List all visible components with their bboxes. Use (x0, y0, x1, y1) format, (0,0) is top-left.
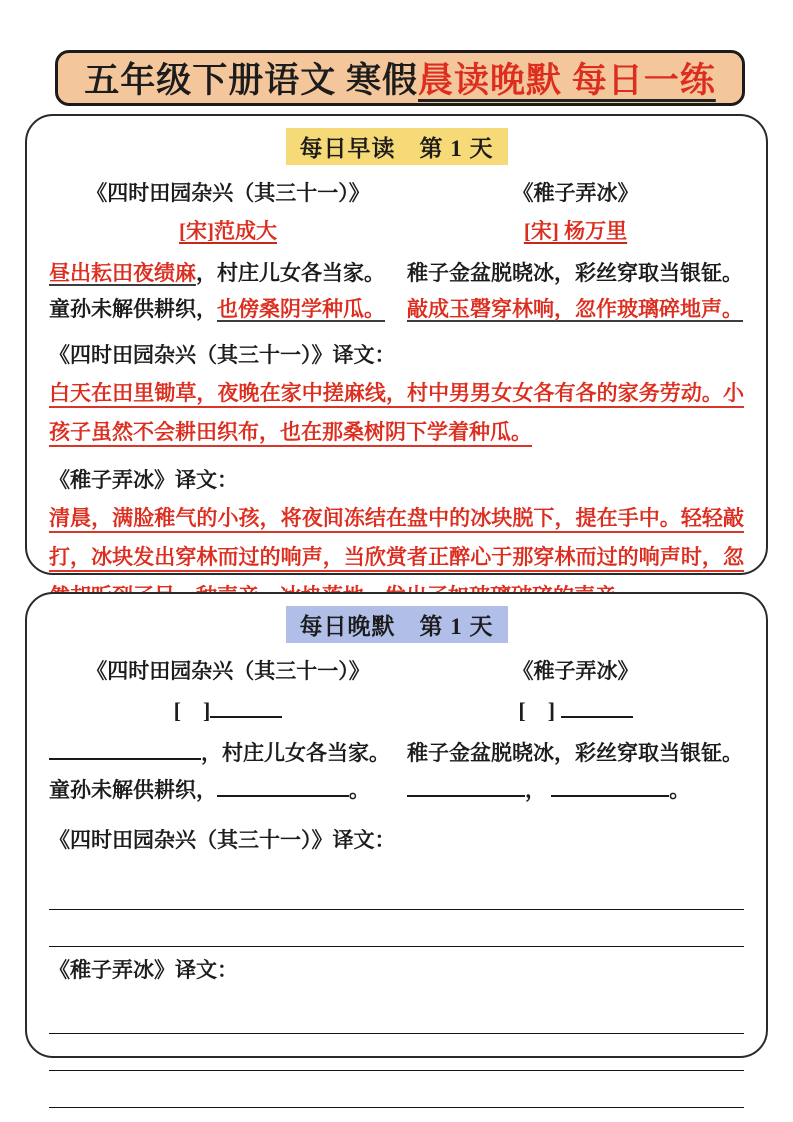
poem2-author-blank: [ ] (407, 693, 744, 725)
answer-blank (49, 736, 201, 760)
answer-blank (210, 693, 282, 718)
title-black-segment: 五年级下册语文 寒假 (84, 53, 418, 103)
translation2-label: 《稚子弄冰》译文： (49, 465, 744, 495)
answer-blank (217, 773, 349, 797)
evening-header-label: 每日晚默 第 1 天 (286, 606, 508, 643)
fill-poem1-line1: ，村庄儿女各当家。 (49, 735, 407, 772)
answer-blank (407, 773, 525, 797)
poem1-author: [宋]范成大 (179, 219, 277, 243)
evening-poem1-title: 《四时田园杂兴（其三十一）》 (49, 655, 407, 685)
poem1-author-blank: [ ] (49, 693, 407, 725)
writing-line (49, 873, 744, 910)
poem2-author: [宋] 杨万里 (524, 219, 627, 243)
evening-dictation-card: 每日晚默 第 1 天 《四时田园杂兴（其三十一）》 《稚子弄冰》 [ ] [ ]… (25, 592, 768, 1058)
evening-poem2-title: 《稚子弄冰》 (407, 655, 744, 685)
translation1-label: 《四时田园杂兴（其三十一）》译文： (49, 340, 744, 370)
answer-blank (551, 773, 669, 797)
answer-blank (561, 693, 633, 718)
writing-line (49, 910, 744, 947)
writing-line (49, 1071, 744, 1108)
evening-translation1-label: 《四时田园杂兴（其三十一）》译文： (49, 825, 744, 855)
poem2-title: 《稚子弄冰》 (407, 177, 744, 207)
morning-reading-card: 每日早读 第 1 天 《四时田园杂兴（其三十一）》 《稚子弄冰》 [宋]范成大 … (25, 114, 768, 575)
fill-poem1-line2: 童孙未解供耕织，。 (49, 772, 407, 809)
evening-translation2-label: 《稚子弄冰》译文： (49, 955, 744, 985)
fill-poem2-line2: ， 。 (407, 772, 744, 809)
poem1-line1: 昼出耘田夜绩麻，村庄儿女各当家。 (49, 255, 407, 291)
translation1-text: 白天在田里锄草，夜晚在家中搓麻线，村中男男女女各有各的家务劳动。小孩子虽然不会耕… (49, 374, 744, 452)
morning-section-header: 每日早读 第 1 天 (49, 128, 744, 165)
title-red-segment: 晨读晚默 每日一练 (418, 53, 716, 103)
worksheet-title-banner: 五年级下册语文 寒假晨读晚默 每日一练 (55, 50, 745, 106)
writing-line (49, 1034, 744, 1071)
poem2-line1: 稚子金盆脱晓冰，彩丝穿取当银钲。 (407, 255, 744, 291)
fill-poem2-line1: 稚子金盆脱晓冰，彩丝穿取当银钲。 (407, 735, 744, 772)
evening-section-header: 每日晚默 第 1 天 (49, 606, 744, 643)
worksheet-page: 五年级下册语文 寒假晨读晚默 每日一练 每日早读 第 1 天 《四时田园杂兴（其… (0, 0, 793, 1122)
morning-header-label: 每日早读 第 1 天 (286, 128, 508, 165)
writing-line (49, 997, 744, 1034)
poem1-line2: 童孙未解供耕织，也傍桑阴学种瓜。 (49, 291, 407, 327)
poem1-title: 《四时田园杂兴（其三十一）》 (49, 177, 407, 207)
poem2-line2: 敲成玉磬穿林响，忽作玻璃碎地声。 (407, 291, 744, 327)
